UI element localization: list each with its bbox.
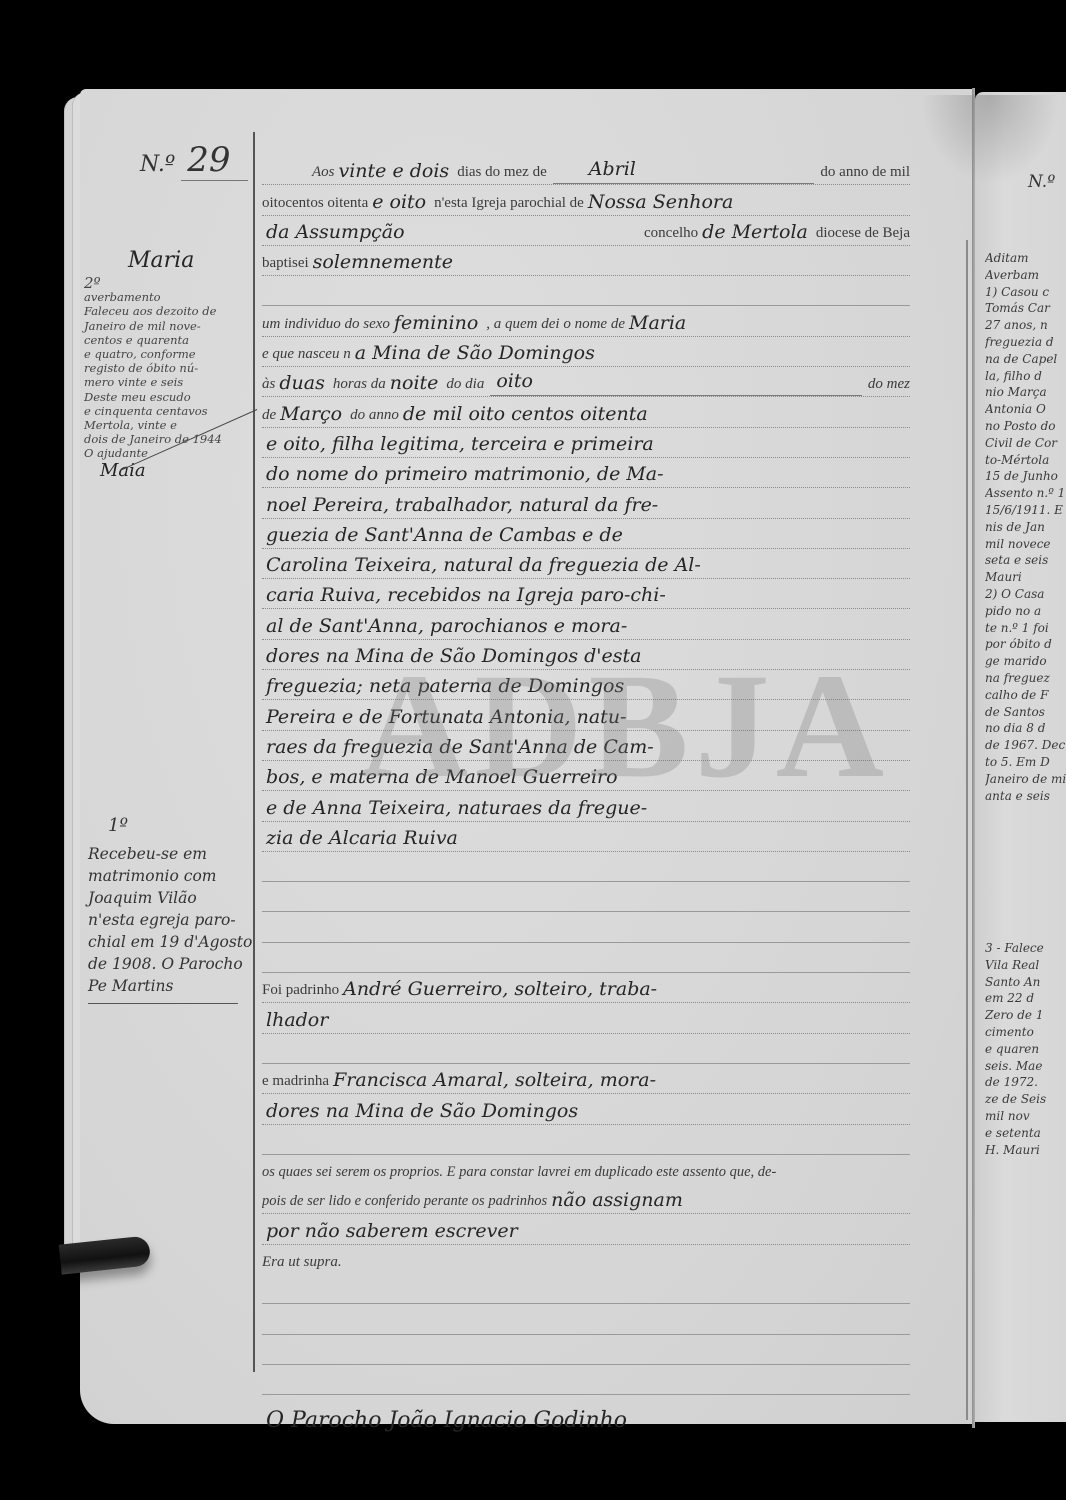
handwritten-text: al de Sant'Anna, parochianos e mora- bbox=[262, 615, 635, 639]
annotation-line: de Santos bbox=[985, 704, 1066, 721]
narrative-line: Pereira e de Fortunata Antonia, natu- bbox=[262, 700, 910, 730]
annotation-line: Civil de Cor bbox=[985, 435, 1066, 452]
handwritten-text: do nome do primeiro matrimonio, de Ma- bbox=[262, 463, 672, 487]
closing-line: os quaes sei serem os proprios. E para c… bbox=[262, 1155, 910, 1184]
annotation-line: 2) O Casa bbox=[985, 586, 1066, 603]
handwritten-birth-year: de mil oito centos oitenta bbox=[399, 403, 656, 427]
annotation-line: mil nov bbox=[985, 1108, 1066, 1125]
annotation-line: dois de Janeiro de 1944 bbox=[84, 432, 250, 446]
annotation-line: 15 de Junho bbox=[985, 468, 1066, 485]
handwritten-parish: Nossa Senhora bbox=[584, 191, 742, 215]
narrative-line: al de Sant'Anna, parochianos e mora- bbox=[262, 609, 910, 639]
godfather-label: Foi padrinho bbox=[262, 982, 339, 1002]
annotation-line: mero vinte e seis bbox=[84, 375, 250, 389]
blank-line bbox=[262, 852, 910, 882]
annotation-line: na de Capel bbox=[985, 351, 1066, 368]
printed-closing: pois de ser lido e conferido perante os … bbox=[262, 1193, 547, 1213]
narrative-line: guezia de Sant'Anna de Cambas e de bbox=[262, 519, 910, 549]
signature-line: O Parocho João Ignacio Godinho bbox=[262, 1395, 910, 1435]
handwritten-text: Carolina Teixeira, natural da freguezia … bbox=[262, 554, 709, 578]
record-line: oitocentos oitenta e oito n'esta Igreja … bbox=[262, 185, 910, 215]
printed-text: baptisei bbox=[262, 255, 309, 275]
handwritten-text: guezia de Sant'Anna de Cambas e de bbox=[262, 524, 631, 548]
narrative-line: dores na Mina de São Domingos d'esta bbox=[262, 640, 910, 670]
handwritten-county: de Mertola bbox=[698, 221, 816, 245]
annotation-line: centos e quarenta bbox=[84, 333, 250, 347]
annotation-line: Vila Real bbox=[985, 957, 1066, 974]
annotation-line: Mertola, vinte e bbox=[84, 418, 250, 432]
handwritten-month: Abril bbox=[589, 158, 636, 180]
birth-day-field: oito bbox=[490, 370, 862, 396]
annotation-line: no dia 8 d bbox=[985, 720, 1066, 737]
entry-number: N.º29 bbox=[140, 140, 248, 180]
printed-text: e que nasceu n bbox=[262, 346, 351, 366]
annotation-line: Zero de 1 bbox=[985, 1007, 1066, 1024]
printed-text: Aos bbox=[312, 164, 335, 184]
annotation-line: e setenta bbox=[985, 1125, 1066, 1142]
printed-text: às bbox=[262, 376, 275, 396]
godmother-name: Francisca Amaral, solteira, mora- bbox=[329, 1069, 664, 1093]
handwritten-hour: duas bbox=[275, 372, 332, 396]
printed-text: do anno de mil bbox=[820, 164, 910, 184]
record-line: Aos vinte e dois dias do mez de Abril do… bbox=[262, 155, 910, 185]
godmother-label: e madrinha bbox=[262, 1073, 329, 1093]
right-page-entry-number-label: N.º bbox=[1028, 172, 1055, 192]
record-line: da Assumpção concelho de Mertola diocese… bbox=[262, 216, 910, 246]
entry-number-label: N.º bbox=[140, 152, 175, 177]
annotation-line: de 1967. Dec bbox=[985, 737, 1066, 754]
blank-line bbox=[262, 912, 910, 942]
annotation-line: de 1908. O Parocho bbox=[88, 953, 253, 975]
annotation-line: nis de Jan bbox=[985, 519, 1066, 536]
printed-text: concelho bbox=[644, 225, 698, 245]
handwritten-text: raes da freguezia de Sant'Anna de Cam- bbox=[262, 736, 662, 760]
blank-line bbox=[262, 1335, 910, 1365]
annotation-rule bbox=[88, 1003, 238, 1004]
narrative-line: noel Pereira, trabalhador, natural da fr… bbox=[262, 488, 910, 518]
printed-text: dias do mez de bbox=[457, 164, 547, 184]
printed-text: do anno bbox=[350, 407, 399, 427]
godmother-line: e madrinha Francisca Amaral, solteira, m… bbox=[262, 1064, 910, 1094]
annotation-line: 3 - Falece bbox=[985, 940, 1066, 957]
blank-line bbox=[262, 276, 910, 306]
printed-text: oitocentos oitenta bbox=[262, 195, 368, 215]
annotation-line: matrimonio com bbox=[88, 865, 253, 887]
printed-text: do mez bbox=[868, 376, 910, 396]
annotation-line: Joaquim Vilão bbox=[88, 887, 253, 909]
handwritten-given-name: Maria bbox=[625, 312, 694, 336]
closing-line: Era ut supra. bbox=[262, 1245, 910, 1274]
handwritten-text: e de Anna Teixeira, naturaes da fregue- bbox=[262, 797, 655, 821]
annotation-line: Averbam bbox=[985, 267, 1066, 284]
annotation-line: pido no a bbox=[985, 603, 1066, 620]
record-line: de Março do anno de mil oito centos oite… bbox=[262, 397, 910, 427]
entry-number-value: 29 bbox=[181, 140, 248, 181]
annotation-line: no Posto do bbox=[985, 418, 1066, 435]
annotation-line: de 1972. bbox=[985, 1074, 1066, 1091]
godfather-name: André Guerreiro, solteiro, traba- bbox=[339, 978, 665, 1002]
record-line: e que nasceu n a Mina de São Domingos bbox=[262, 337, 910, 367]
annotation-line: freguezia d bbox=[985, 334, 1066, 351]
narrative-line: e oito, filha legitima, terceira e prime… bbox=[262, 428, 910, 458]
annotation-line: te n.º 1 foi bbox=[985, 620, 1066, 637]
handwritten-text: Pereira e de Fortunata Antonia, natu- bbox=[262, 706, 634, 730]
handwritten-birth-day: oito bbox=[496, 370, 533, 392]
annotation-line: anta e seis bbox=[985, 788, 1066, 805]
annotation-line: 1) Casou c bbox=[985, 284, 1066, 301]
annotation-signature: Maia bbox=[100, 460, 146, 481]
narrative-line: do nome do primeiro matrimonio, de Ma- bbox=[262, 458, 910, 488]
annotation-line: averbamento bbox=[84, 290, 250, 304]
record-line: às duas horas da noite do dia oito do me… bbox=[262, 367, 910, 397]
annotation-line: mil novece bbox=[985, 536, 1066, 553]
annotation-line: seis. Mae bbox=[985, 1058, 1066, 1075]
annotation-line: Mauri bbox=[985, 569, 1066, 586]
record-line: um individuo do sexo feminino , a quem d… bbox=[262, 306, 910, 336]
annotation-line: registo de óbito nú- bbox=[84, 361, 250, 375]
era-ut-supra: Era ut supra. bbox=[262, 1254, 342, 1274]
annotation-line: 27 anos, n bbox=[985, 317, 1066, 334]
handwritten-manner: solemnemente bbox=[309, 251, 461, 275]
blank-line bbox=[262, 1365, 910, 1395]
blank-line bbox=[262, 1304, 910, 1334]
priest-signature: O Parocho João Ignacio Godinho bbox=[262, 1408, 635, 1435]
margin-baptized-name: Maria bbox=[128, 248, 194, 273]
annotation-line: Assento n.º 1 bbox=[985, 485, 1066, 502]
annotation-line: nio Marça bbox=[985, 384, 1066, 401]
handwritten-text: dores na Mina de São Domingos d'esta bbox=[262, 645, 649, 669]
margin-rule bbox=[253, 132, 255, 1372]
annotation-line: la, filho d bbox=[985, 368, 1066, 385]
handwritten-year: e oito bbox=[368, 191, 434, 215]
handwritten-text: e oito, filha legitima, terceira e prime… bbox=[262, 433, 662, 457]
annotation-line: n'esta egreja paro- bbox=[88, 909, 253, 931]
printed-text: de bbox=[262, 407, 276, 427]
printed-text: , a quem dei o nome de bbox=[486, 316, 625, 336]
handwritten-signature-note: por não saberem escrever bbox=[262, 1220, 526, 1244]
narrative-line: caria Ruiva, recebidos na Igreja paro-ch… bbox=[262, 579, 910, 609]
baptism-record-form: Aos vinte e dois dias do mez de Abril do… bbox=[262, 155, 910, 1435]
handwritten-text: zia de Alcaria Ruiva bbox=[262, 827, 466, 851]
narrative-line: freguezia; neta paterna de Domingos bbox=[262, 670, 910, 700]
annotation-line: seta e seis bbox=[985, 552, 1066, 569]
margin-annotation-marriage: 1º Recebeu-se em matrimonio com Joaquim … bbox=[88, 815, 253, 1004]
annotation-line: Pe Martins bbox=[88, 975, 253, 997]
printed-text: diocese de Beja bbox=[816, 225, 910, 245]
handwritten-text: noel Pereira, trabalhador, natural da fr… bbox=[262, 494, 666, 518]
annotation-line: na freguez bbox=[985, 670, 1066, 687]
printed-text: do dia bbox=[446, 376, 484, 396]
annotation-ordinal: 2º bbox=[84, 276, 250, 290]
annotation-line: 15/6/1911. E bbox=[985, 502, 1066, 519]
annotation-line: em 22 d bbox=[985, 990, 1066, 1007]
annotation-line: e quaren bbox=[985, 1041, 1066, 1058]
closing-line: pois de ser lido e conferido perante os … bbox=[262, 1184, 910, 1214]
right-page-margin-rule bbox=[966, 240, 968, 1420]
annotation-line: Tomás Car bbox=[985, 300, 1066, 317]
annotation-line: e quatro, conforme bbox=[84, 347, 250, 361]
handwritten-birth-month: Março bbox=[276, 403, 350, 427]
annotation-line: calho de F bbox=[985, 687, 1066, 704]
handwritten-day: vinte e dois bbox=[335, 160, 458, 184]
handwritten-text: bos, e materna de Manoel Guerreiro bbox=[262, 766, 626, 790]
narrative-line: bos, e materna de Manoel Guerreiro bbox=[262, 761, 910, 791]
annotation-line: Janeiro de mi bbox=[985, 771, 1066, 788]
printed-text: horas da bbox=[333, 376, 386, 396]
handwritten-birthplace: a Mina de São Domingos bbox=[351, 342, 603, 366]
handwritten-parish: da Assumpção bbox=[262, 221, 413, 245]
annotation-line: por óbito d bbox=[985, 636, 1066, 653]
printed-text: um individuo do sexo bbox=[262, 316, 390, 336]
annotation-line: to-Mértola bbox=[985, 452, 1066, 469]
annotation-line: Deste meu escudo bbox=[84, 390, 250, 404]
annotation-line: chial em 19 d'Agosto bbox=[88, 931, 253, 953]
right-page-annotations-lower: 3 - Falece Vila Real Santo An em 22 d Ze… bbox=[985, 940, 1066, 1158]
narrative-line: e de Anna Teixeira, naturaes da fregue- bbox=[262, 791, 910, 821]
printed-text: n'esta Igreja parochial de bbox=[434, 195, 584, 215]
blank-line bbox=[262, 943, 910, 973]
annotation-line: Aditam bbox=[985, 250, 1066, 267]
handwritten-signature-note: não assignam bbox=[547, 1189, 691, 1213]
margin-annotation-death: 2º averbamento Faleceu aos dezoito de Ja… bbox=[84, 276, 250, 461]
printed-closing: os quaes sei serem os proprios. E para c… bbox=[262, 1164, 776, 1184]
annotation-line: Faleceu aos dezoito de bbox=[84, 304, 250, 318]
annotation-line: Janeiro de mil nove- bbox=[84, 319, 250, 333]
narrative-line: raes da freguezia de Sant'Anna de Cam- bbox=[262, 731, 910, 761]
annotation-line: Recebeu-se em bbox=[88, 843, 253, 865]
annotation-ordinal: 1º bbox=[108, 815, 253, 837]
blank-line bbox=[262, 1125, 910, 1155]
right-page-annotations: Aditam Averbam 1) Casou c Tomás Car 27 a… bbox=[985, 250, 1066, 804]
godfather-occupation: lhador bbox=[262, 1009, 336, 1033]
annotation-line: e cinquenta centavos bbox=[84, 404, 250, 418]
annotation-line: Santo An bbox=[985, 974, 1066, 991]
month-field: Abril bbox=[553, 158, 815, 184]
handwritten-text: freguezia; neta paterna de Domingos bbox=[262, 675, 632, 699]
record-line: baptisei solemnemente bbox=[262, 246, 910, 276]
annotation-line: H. Mauri bbox=[985, 1142, 1066, 1159]
narrative-line: Carolina Teixeira, natural da freguezia … bbox=[262, 549, 910, 579]
godmother-residence: dores na Mina de São Domingos bbox=[262, 1100, 586, 1124]
godfather-line: lhador bbox=[262, 1003, 910, 1033]
narrative-line: zia de Alcaria Ruiva bbox=[262, 822, 910, 852]
annotation-line: ge marido bbox=[985, 653, 1066, 670]
closing-line: por não saberem escrever bbox=[262, 1214, 910, 1244]
annotation-line: Antonia O bbox=[985, 401, 1066, 418]
annotation-line: ze de Seis bbox=[985, 1091, 1066, 1108]
blank-line bbox=[262, 882, 910, 912]
godmother-line: dores na Mina de São Domingos bbox=[262, 1094, 910, 1124]
handwritten-text: caria Ruiva, recebidos na Igreja paro-ch… bbox=[262, 584, 674, 608]
annotation-line: cimento bbox=[985, 1024, 1066, 1041]
annotation-line: to 5. Em D bbox=[985, 754, 1066, 771]
handwritten-sex: feminino bbox=[390, 312, 486, 336]
godfather-line: Foi padrinho André Guerreiro, solteiro, … bbox=[262, 973, 910, 1003]
blank-line bbox=[262, 1274, 910, 1304]
handwritten-time-of-day: noite bbox=[386, 372, 447, 396]
blank-line bbox=[262, 1034, 910, 1064]
